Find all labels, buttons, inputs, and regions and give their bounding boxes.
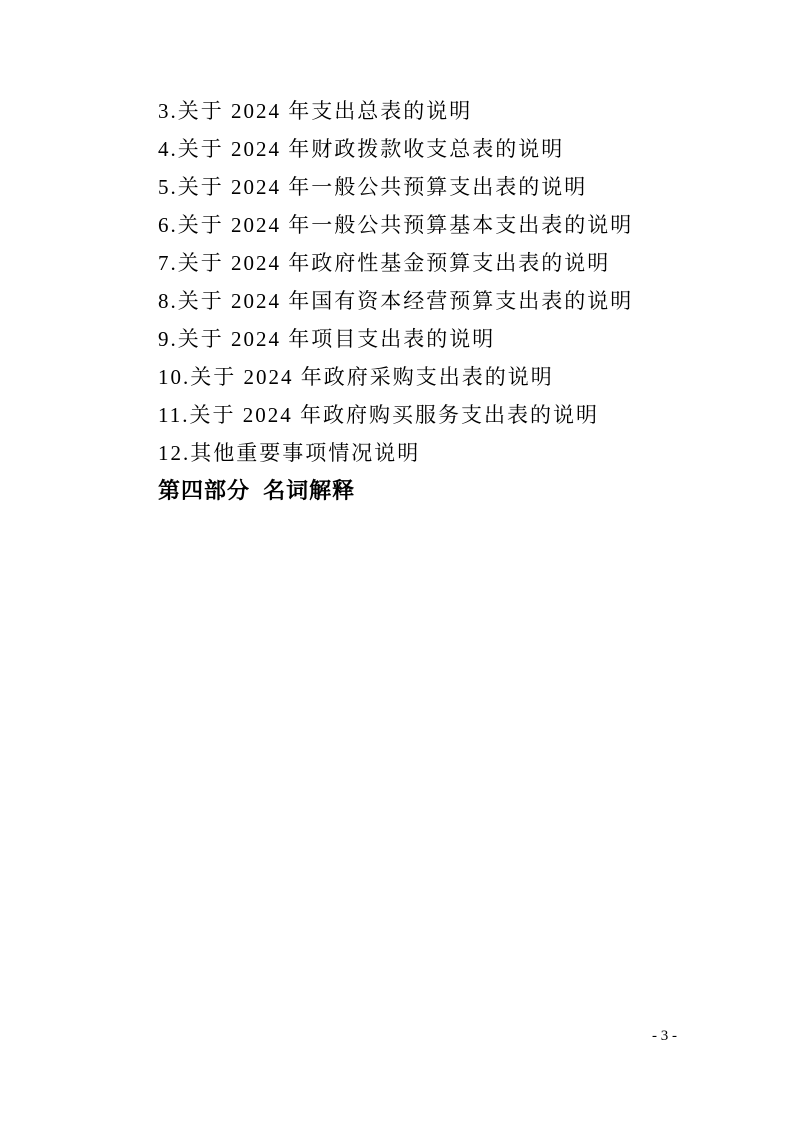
toc-item: 4.关于 2024 年财政拨款收支总表的说明: [158, 130, 733, 168]
toc-item: 3.关于 2024 年支出总表的说明: [158, 92, 733, 130]
page-number: - 3 -: [652, 1026, 677, 1046]
toc-item: 9.关于 2024 年项目支出表的说明: [158, 320, 733, 358]
document-page: 3.关于 2024 年支出总表的说明 4.关于 2024 年财政拨款收支总表的说…: [0, 0, 793, 1122]
toc-item: 6.关于 2024 年一般公共预算基本支出表的说明: [158, 206, 733, 244]
toc-item: 10.关于 2024 年政府采购支出表的说明: [158, 358, 733, 396]
toc-item: 5.关于 2024 年一般公共预算支出表的说明: [158, 168, 733, 206]
toc-item: 7.关于 2024 年政府性基金预算支出表的说明: [158, 244, 733, 282]
toc-item: 11.关于 2024 年政府购买服务支出表的说明: [158, 396, 733, 434]
toc-list: 3.关于 2024 年支出总表的说明 4.关于 2024 年财政拨款收支总表的说…: [158, 92, 733, 510]
section-heading: 第四部分 名词解释: [158, 472, 733, 510]
toc-item: 8.关于 2024 年国有资本经营预算支出表的说明: [158, 282, 733, 320]
toc-item: 12.其他重要事项情况说明: [158, 434, 733, 472]
